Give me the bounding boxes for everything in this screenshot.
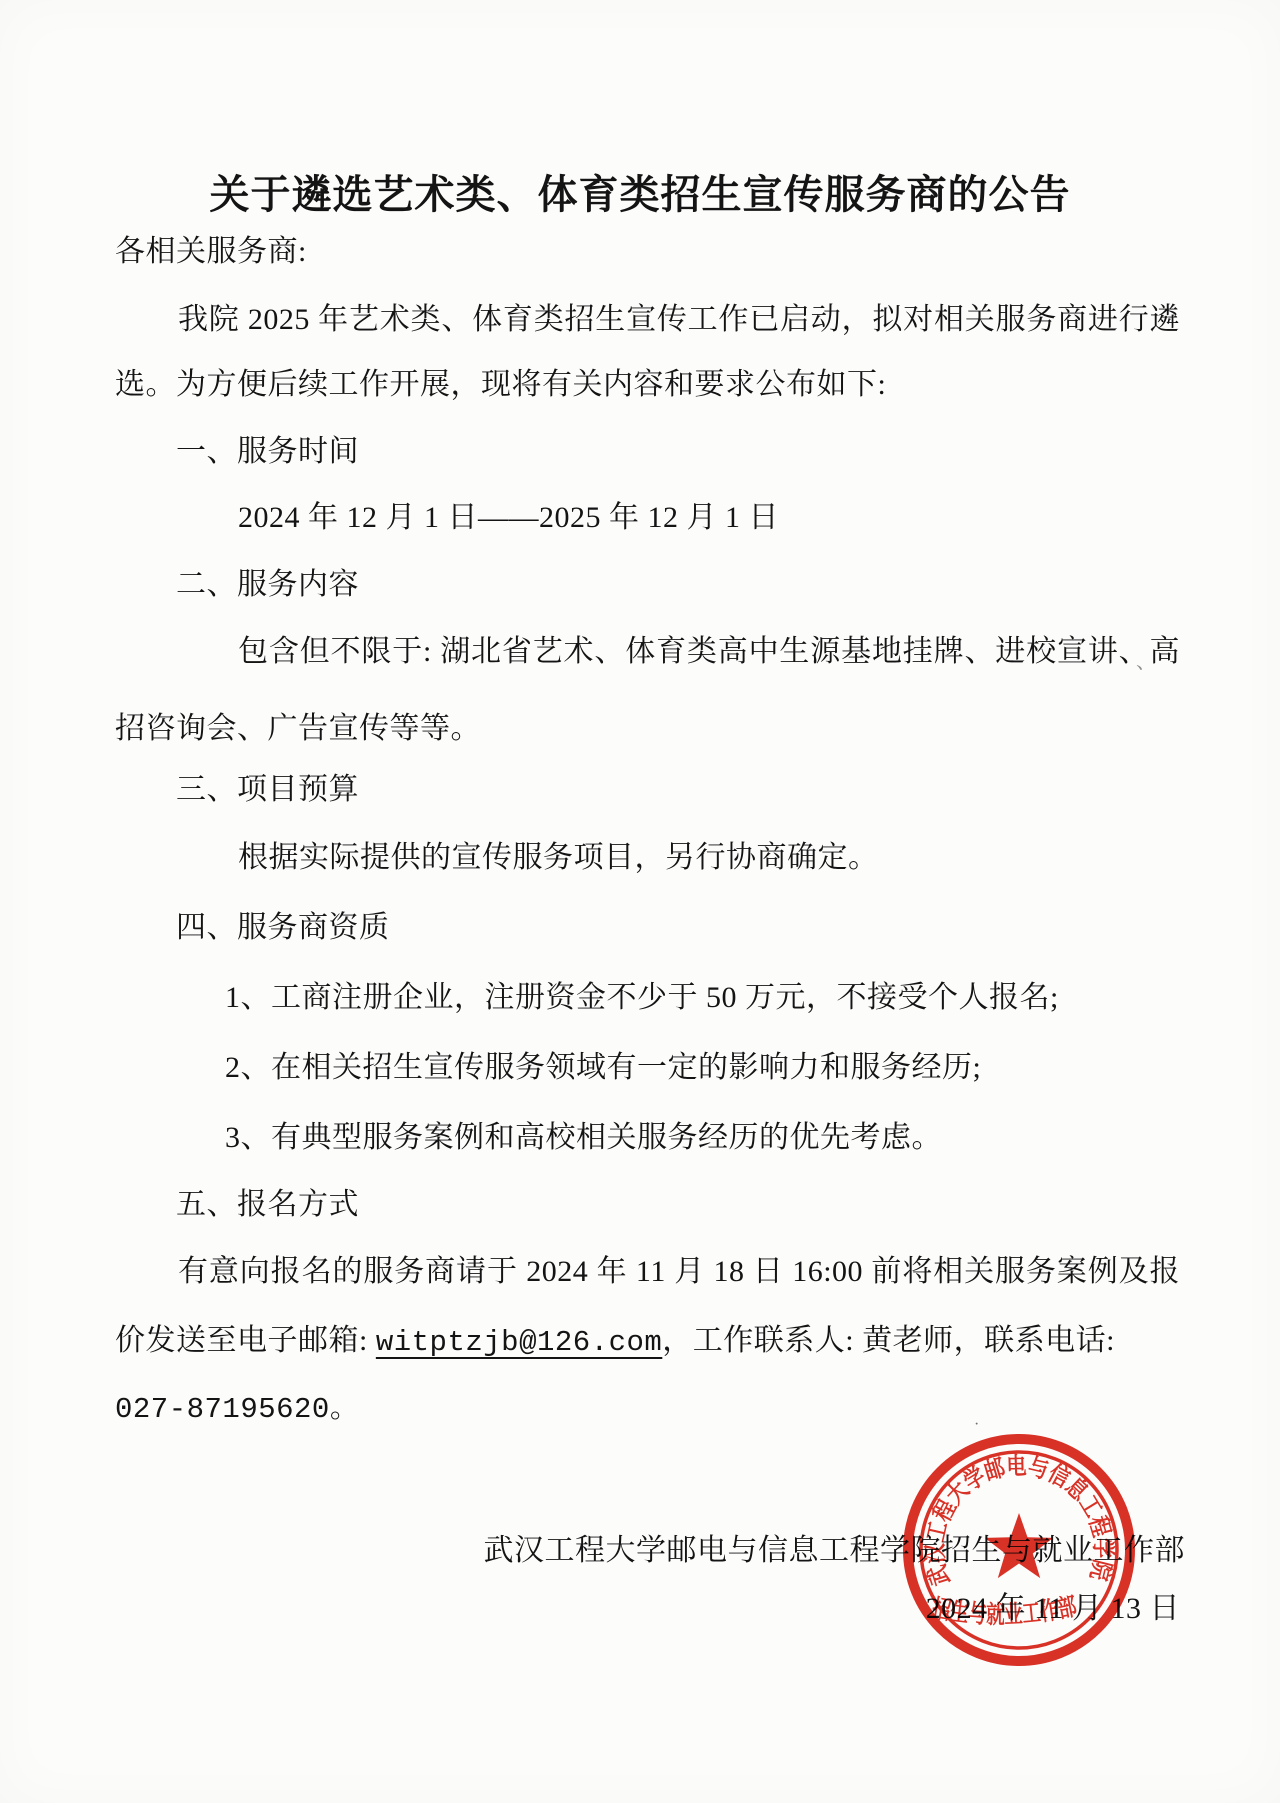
section-heading-budget: 三、项目预算: [176, 768, 359, 812]
registration-line-1: 有意向报名的服务商请于 2024 年 11 月 18 日 16:00 前将相关服…: [178, 1250, 1180, 1294]
section-heading-service-time: 一、服务时间: [176, 430, 359, 474]
seal-bottom-text: 招生与就业工作部: [930, 1592, 1079, 1629]
section-heading-service-content: 二、服务内容: [176, 563, 359, 607]
document-page: 关于遴选艺术类、体育类招生宣传服务商的公告 各相关服务商: 我院 2025 年艺…: [0, 0, 1280, 1803]
registration-line-2: 价发送至电子邮箱: witptzjb@126.com，工作联系人: 黄老师，联系…: [115, 1319, 1115, 1365]
seal-star-icon: [985, 1513, 1053, 1578]
contact-text-after: ，工作联系人: 黄老师，联系电话:: [662, 1324, 1115, 1357]
salutation: 各相关服务商:: [115, 230, 307, 274]
service-time-range: 2024 年 12 月 1 日——2025 年 12 月 1 日: [238, 496, 779, 540]
budget-line: 根据实际提供的宣传服务项目，另行协商确定。: [238, 836, 879, 880]
page-title: 关于遴选艺术类、体育类招生宣传服务商的公告: [0, 163, 1280, 220]
qualification-item-2: 2、在相关招生宣传服务领域有一定的影响力和服务经历;: [225, 1046, 981, 1090]
service-content-line-2: 招咨询会、广告宣传等等。: [115, 707, 481, 751]
section-heading-registration: 五、报名方式: [176, 1183, 359, 1227]
intro-line-1: 我院 2025 年艺术类、体育类招生宣传工作已启动，拟对相关服务商进行遴: [178, 298, 1180, 342]
service-content-line-1: 包含但不限于: 湖北省艺术、体育类高中生源基地挂牌、进校宣讲、高: [238, 630, 1180, 674]
contact-text-before: 价发送至电子邮箱:: [115, 1324, 376, 1357]
scan-artifact-comma: 、: [1136, 645, 1156, 674]
qualification-item-1: 1、工商注册企业，注册资金不少于 50 万元，不接受个人报名;: [225, 976, 1059, 1020]
phone-number: 027-87195620。: [115, 1388, 359, 1432]
svg-text:招生与就业工作部: 招生与就业工作部: [930, 1592, 1079, 1629]
section-heading-qualifications: 四、服务商资质: [176, 906, 390, 950]
official-seal: 武汉工程大学邮电与信息工程学院 招生与就业工作部: [897, 1428, 1141, 1672]
intro-line-2: 选。为方便后续工作开展，现将有关内容和要求公布如下:: [115, 363, 886, 407]
email-address: witptzjb@126.com: [376, 1326, 662, 1359]
qualification-item-3: 3、有典型服务案例和高校相关服务经历的优先考虑。: [225, 1116, 942, 1160]
